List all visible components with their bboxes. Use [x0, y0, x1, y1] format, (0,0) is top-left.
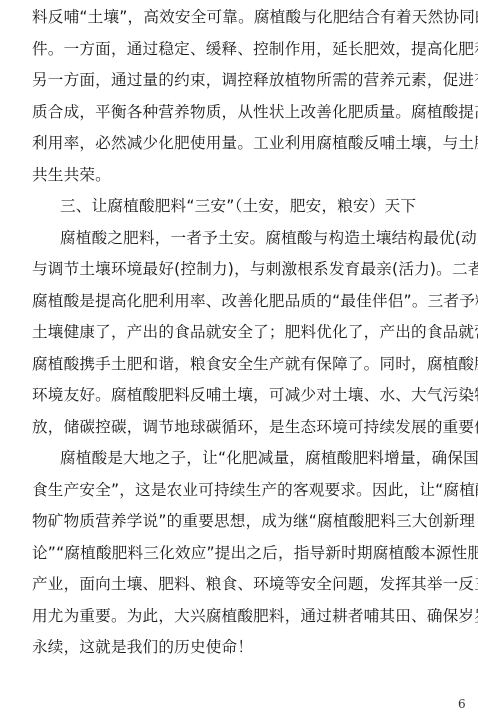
- text-line: 产业，面向土壤、肥料、粮食、环境等安全问题，发挥其举一反三的作: [32, 569, 464, 601]
- text-line: 环境友好。腐植酸肥料反哺土壤，可减少对土壤、水、大气污染物的排: [32, 380, 464, 412]
- text-line: 件。一方面，通过稳定、缓释、控制作用，延长肥效，提高化肥利用率；: [32, 34, 464, 66]
- text-line: 与调节土壤环境最好(控制力)，与刺激根系发育最亲(活力)。二者予肥安。: [32, 254, 464, 286]
- text-line: 腐植酸携手土肥和谐，粮食安全生产就有保障了。同时，腐植酸肥料与: [32, 349, 464, 381]
- text-line: 物矿物质营养学说”的重要思想，成为继“腐植酸肥料三大创新理: [32, 506, 464, 538]
- text-line: 论”“腐植酸肥料三化效应”提出之后，指导新时期腐植酸本源性肥料: [32, 538, 464, 570]
- text-line: 永续，这就是我们的历史使命！: [32, 632, 464, 664]
- page-number: 6: [458, 697, 466, 711]
- text-line: 用尤为重要。为此，大兴腐植酸肥料，通过耕者哺其田、确保岁岁丰产: [32, 601, 464, 633]
- text-line: 另一方面，通过量的约束，调控释放植物所需的营养元素，促进有效物: [32, 65, 464, 97]
- text-line: 利用率，必然减少化肥使用量。工业利用腐植酸反哺土壤，与土肥和谐，: [32, 128, 464, 160]
- text-line: 放，储碳控碳，调节地球碳循环，是生态环境可持续发展的重要保障。: [32, 412, 464, 444]
- text-line: 料反哺“土壤”，高效安全可靠。腐植酸与化肥结合有着天然协同的条: [32, 2, 464, 34]
- text-line: 腐植酸是大地之子，让“化肥减量，腐植酸肥料增量，确保国家粮: [32, 443, 464, 475]
- text-line: 质合成，平衡各种营养物质，从性状上改善化肥质量。腐植酸提高化肥: [32, 97, 464, 129]
- document-body: 料反哺“土壤”，高效安全可靠。腐植酸与化肥结合有着天然协同的条 件。一方面，通过…: [32, 2, 464, 664]
- text-line: 食生产安全”，这是农业可持续生产的客观要求。因此，让“腐植酸·植: [32, 475, 464, 507]
- text-line: 腐植酸是提高化肥利用率、改善化肥品质的“最佳伴侣”。三者予粮安。: [32, 286, 464, 318]
- text-line: 共生共荣。: [32, 160, 464, 192]
- text-line: 腐植酸之肥料，一者予土安。腐植酸与构造土壤结构最优(动力)，: [32, 223, 464, 255]
- section-heading: 三、让腐植酸肥料“三安”（土安，肥安，粮安）天下: [32, 191, 464, 223]
- text-line: 土壤健康了，产出的食品就安全了；肥料优化了，产出的食品就营养了。: [32, 317, 464, 349]
